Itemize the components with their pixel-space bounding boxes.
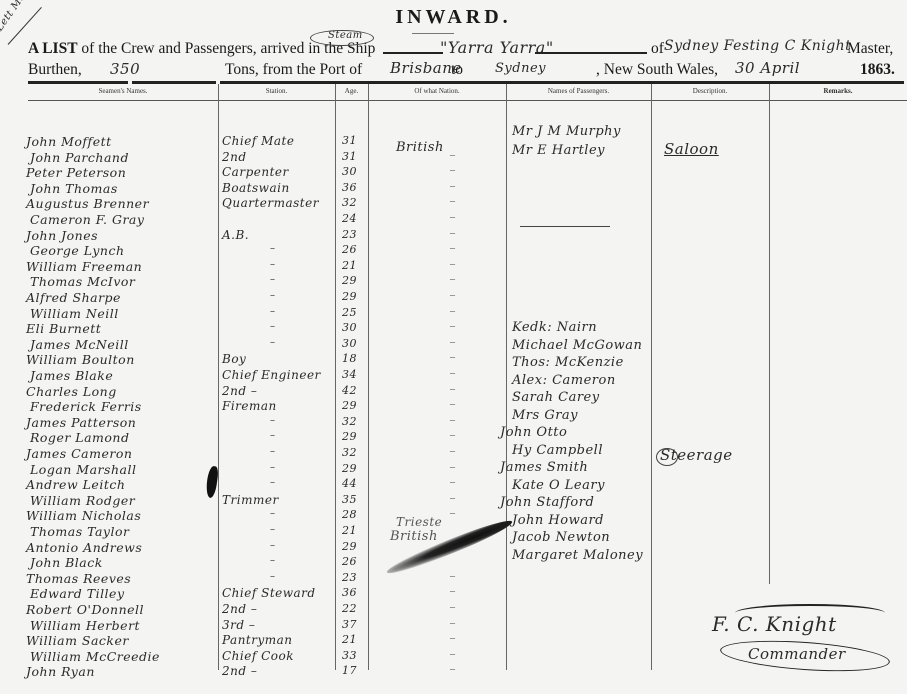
nation-ditto-mark: – [450, 368, 455, 379]
master-name: Sydney Festing C Knight [664, 38, 851, 54]
crew-age: 23 [342, 228, 357, 241]
document-title: INWARD. [0, 6, 907, 29]
saloon-description: Saloon [664, 140, 719, 158]
ship-type-annotation: Steam [328, 30, 363, 41]
nation-ditto-mark: – [450, 290, 455, 301]
crew-station: – [270, 446, 276, 457]
crew-name: Augustus Brenner [26, 196, 149, 211]
crew-station: Chief Steward [222, 586, 316, 600]
crew-age: 28 [342, 508, 357, 521]
saloon-passenger-2: Mr E Hartley [512, 143, 605, 158]
crew-name: John Thomas [30, 181, 118, 196]
steerage-passenger: Alex: Cameron [512, 373, 616, 388]
steerage-passenger: Jacob Newton [512, 530, 610, 545]
crew-age: 32 [342, 196, 357, 209]
crew-name: John Ryan [26, 664, 95, 679]
crew-station: 2nd – [222, 664, 257, 678]
col-divider-4 [506, 84, 507, 670]
crew-age: 29 [342, 430, 357, 443]
nation-ditto-mark: – [450, 228, 455, 239]
col-nation: Of what Nation. [368, 87, 506, 95]
crew-station: – [270, 337, 276, 348]
crew-age: 21 [342, 259, 357, 272]
crew-name: Alfred Sharpe [26, 290, 121, 305]
crew-name: William Freeman [26, 259, 142, 274]
crew-age: 30 [342, 321, 357, 334]
crew-age: 35 [342, 493, 357, 506]
nation-british-2: British [390, 529, 438, 544]
col-passenger-names: Names of Passengers. [506, 87, 651, 95]
nation-ditto-mark: – [450, 493, 455, 504]
crew-station: Trimmer [222, 493, 279, 507]
crew-station: – [270, 555, 276, 566]
crew-name: George Lynch [30, 243, 125, 258]
col-divider-5 [651, 84, 652, 670]
nation-ditto-mark: – [450, 477, 455, 488]
crew-age: 30 [342, 165, 357, 178]
to-label: to [451, 61, 463, 79]
col-divider-3 [368, 84, 369, 670]
crew-name: Peter Peterson [26, 165, 126, 180]
crew-station: Chief Cook [222, 649, 294, 663]
nation-ditto-mark: – [450, 306, 455, 317]
nation-ditto-mark: – [450, 399, 455, 410]
crew-station: – [270, 290, 276, 301]
crew-station: Fireman [222, 399, 277, 413]
steerage-passenger: John Stafford [500, 495, 594, 510]
crew-name: Thomas Taylor [30, 524, 130, 539]
crew-name: Logan Marshall [30, 462, 136, 477]
header-rule [28, 81, 904, 84]
crew-station: A.B. [222, 228, 249, 242]
crew-age: 36 [342, 586, 357, 599]
crew-age: 22 [342, 602, 357, 615]
tons-label: Tons, from the Port of [225, 61, 362, 79]
crew-age: 44 [342, 477, 357, 490]
crew-age: 29 [342, 462, 357, 475]
nation-ditto-mark: – [450, 602, 455, 613]
crew-name: Antonio Andrews [26, 540, 142, 555]
steerage-passenger: John Howard [512, 513, 604, 528]
nation-ditto-mark: – [450, 150, 455, 161]
crew-name: James McNeill [30, 337, 129, 352]
crew-name: James Blake [30, 368, 113, 383]
crew-name: John Moffett [26, 134, 112, 149]
crew-name: Andrew Leitch [26, 477, 125, 492]
ship-fill-line-right [535, 52, 647, 54]
nation-british: British [396, 140, 444, 155]
crew-station: – [270, 462, 276, 473]
nation-ditto-mark: – [450, 508, 455, 519]
nation-ditto-mark: – [450, 446, 455, 457]
crew-age: 29 [342, 540, 357, 553]
col-remarks: Remarks. [769, 87, 907, 95]
crew-age: 31 [342, 150, 357, 163]
nation-ditto-mark: – [450, 212, 455, 223]
crew-station: Carpenter [222, 165, 289, 179]
steerage-passenger: James Smith [500, 460, 588, 475]
nation-ditto-mark: – [450, 352, 455, 363]
crew-age: 31 [342, 134, 357, 147]
saloon-close-rule [520, 226, 610, 227]
steerage-passenger: Kedk: Nairn [512, 320, 597, 335]
crew-station: – [270, 415, 276, 426]
of-label: of [651, 40, 664, 58]
rule-break-1 [128, 80, 132, 85]
crew-age: 29 [342, 274, 357, 287]
ship-fill-line-left [383, 52, 443, 54]
col-divider-1 [218, 84, 219, 670]
crew-name: Eli Burnett [26, 321, 101, 336]
nation-ditto-mark: – [450, 384, 455, 395]
crew-station: Pantryman [222, 633, 293, 647]
nation-ditto-mark: – [450, 586, 455, 597]
crew-station: – [270, 508, 276, 519]
crew-name: James Patterson [26, 415, 136, 430]
crew-station: Chief Engineer [222, 368, 321, 382]
crew-name: John Jones [26, 228, 98, 243]
crew-name: William Neill [30, 306, 119, 321]
nsw-label: , New South Wales, [596, 61, 718, 79]
crew-station: – [270, 306, 276, 317]
crew-name: Roger Lamond [30, 430, 129, 445]
nation-ditto-mark: – [450, 664, 455, 675]
crew-age: 29 [342, 399, 357, 412]
nation-trieste: Trieste [396, 515, 442, 529]
steerage-passenger: Mrs Gray [512, 408, 578, 423]
crew-name: Robert O'Donnell [26, 602, 144, 617]
crew-station: – [270, 524, 276, 535]
crew-station: – [270, 540, 276, 551]
nation-ditto-mark: – [450, 196, 455, 207]
crew-station: Chief Mate [222, 134, 294, 148]
title-underline [412, 33, 454, 34]
crew-station: 2nd – [222, 384, 257, 398]
master-label: Master, [847, 40, 893, 58]
crew-name: Charles Long [26, 384, 117, 399]
commander-signature: F. C. Knight [712, 612, 837, 636]
col-divider-6 [769, 84, 770, 584]
crew-age: 24 [342, 212, 357, 225]
crew-name: John Parchand [30, 150, 129, 165]
column-header-rule [28, 100, 907, 101]
crew-name: William Herbert [30, 618, 140, 633]
crew-name: William McCreedie [30, 649, 160, 664]
steerage-passenger: Thos: McKenzie [512, 355, 624, 370]
crew-station: 2nd [222, 150, 247, 164]
col-station: Station. [218, 87, 335, 95]
commander-title: Commander [748, 645, 846, 663]
crew-station: – [270, 274, 276, 285]
nation-ditto-mark: – [450, 337, 455, 348]
saloon-passenger-1: Mr J M Murphy [512, 124, 621, 139]
nation-ditto-mark: – [450, 462, 455, 473]
crew-station: Boatswain [222, 181, 290, 195]
ship-name: "Yarra Yarra" [440, 38, 554, 57]
to-port: Sydney [495, 61, 546, 76]
burthen-label: Burthen, [28, 61, 82, 79]
crew-age: 26 [342, 555, 357, 568]
crew-station: – [270, 430, 276, 441]
crew-name: Frederick Ferris [30, 399, 142, 414]
crew-name: William Rodger [30, 493, 135, 508]
crew-age: 17 [342, 664, 357, 677]
list-lead: A LIST [28, 40, 78, 57]
nation-ditto-mark: – [450, 430, 455, 441]
crew-age: 32 [342, 415, 357, 428]
nation-ditto-mark: – [450, 633, 455, 644]
crew-name: Thomas McIvor [30, 274, 135, 289]
crew-name: Thomas Reeves [26, 571, 131, 586]
steerage-description: Steerage [660, 446, 733, 464]
col-description: Description. [651, 87, 769, 95]
crew-station: 3rd – [222, 618, 255, 632]
crew-age: 30 [342, 337, 357, 350]
arrival-date: 30 April [735, 59, 800, 77]
crew-age: 29 [342, 290, 357, 303]
steerage-passenger: Hy Campbell [512, 443, 603, 458]
nation-ditto-mark: – [450, 618, 455, 629]
crew-age: 34 [342, 368, 357, 381]
crew-age: 21 [342, 633, 357, 646]
crew-age: 26 [342, 243, 357, 256]
nation-ditto-mark: – [450, 649, 455, 660]
nation-ditto-mark: – [450, 321, 455, 332]
crew-name: William Boulton [26, 352, 135, 367]
crew-name: Cameron F. Gray [30, 212, 144, 227]
nation-ditto-mark: – [450, 274, 455, 285]
crew-age: 33 [342, 649, 357, 662]
steerage-passenger: Kate O Leary [512, 478, 605, 493]
crew-station: Boy [222, 352, 246, 366]
crew-station: – [270, 571, 276, 582]
crew-age: 25 [342, 306, 357, 319]
nation-ditto-mark: – [450, 259, 455, 270]
nation-ditto-mark: – [450, 571, 455, 582]
steerage-passenger: John Otto [500, 425, 567, 440]
crew-station: – [270, 477, 276, 488]
nation-ditto-mark: – [450, 165, 455, 176]
arrival-year: 1863. [860, 61, 895, 79]
crew-station: – [270, 243, 276, 254]
nation-ditto-mark: – [450, 415, 455, 426]
steerage-passenger: Sarah Carey [512, 390, 600, 405]
crew-age: 42 [342, 384, 357, 397]
steerage-passenger: Margaret Maloney [512, 548, 643, 563]
crew-age: 37 [342, 618, 357, 631]
col-divider-2 [335, 84, 336, 670]
steerage-passenger: Michael McGowan [512, 338, 642, 353]
crew-station: Quartermaster [222, 196, 319, 210]
crew-name: William Nicholas [26, 508, 141, 523]
crew-name: Edward Tilley [30, 586, 125, 601]
nation-ditto-mark: – [450, 181, 455, 192]
crew-age: 32 [342, 446, 357, 459]
crew-name: William Sacker [26, 633, 129, 648]
crew-station: – [270, 259, 276, 270]
crew-age: 18 [342, 352, 357, 365]
crew-station: – [270, 321, 276, 332]
col-age: Age. [335, 87, 368, 95]
crew-passenger-list-document: Lett Mahoni INWARD. A LIST of the Crew a… [0, 0, 907, 694]
crew-age: 36 [342, 181, 357, 194]
nation-ditto-mark: – [450, 243, 455, 254]
burthen-value: 350 [110, 60, 140, 78]
col-seamen-names: Seamen's Names. [28, 87, 218, 95]
crew-name: John Black [30, 555, 103, 570]
crew-age: 21 [342, 524, 357, 537]
crew-name: James Cameron [26, 446, 132, 461]
crew-age: 23 [342, 571, 357, 584]
crew-station: 2nd – [222, 602, 257, 616]
